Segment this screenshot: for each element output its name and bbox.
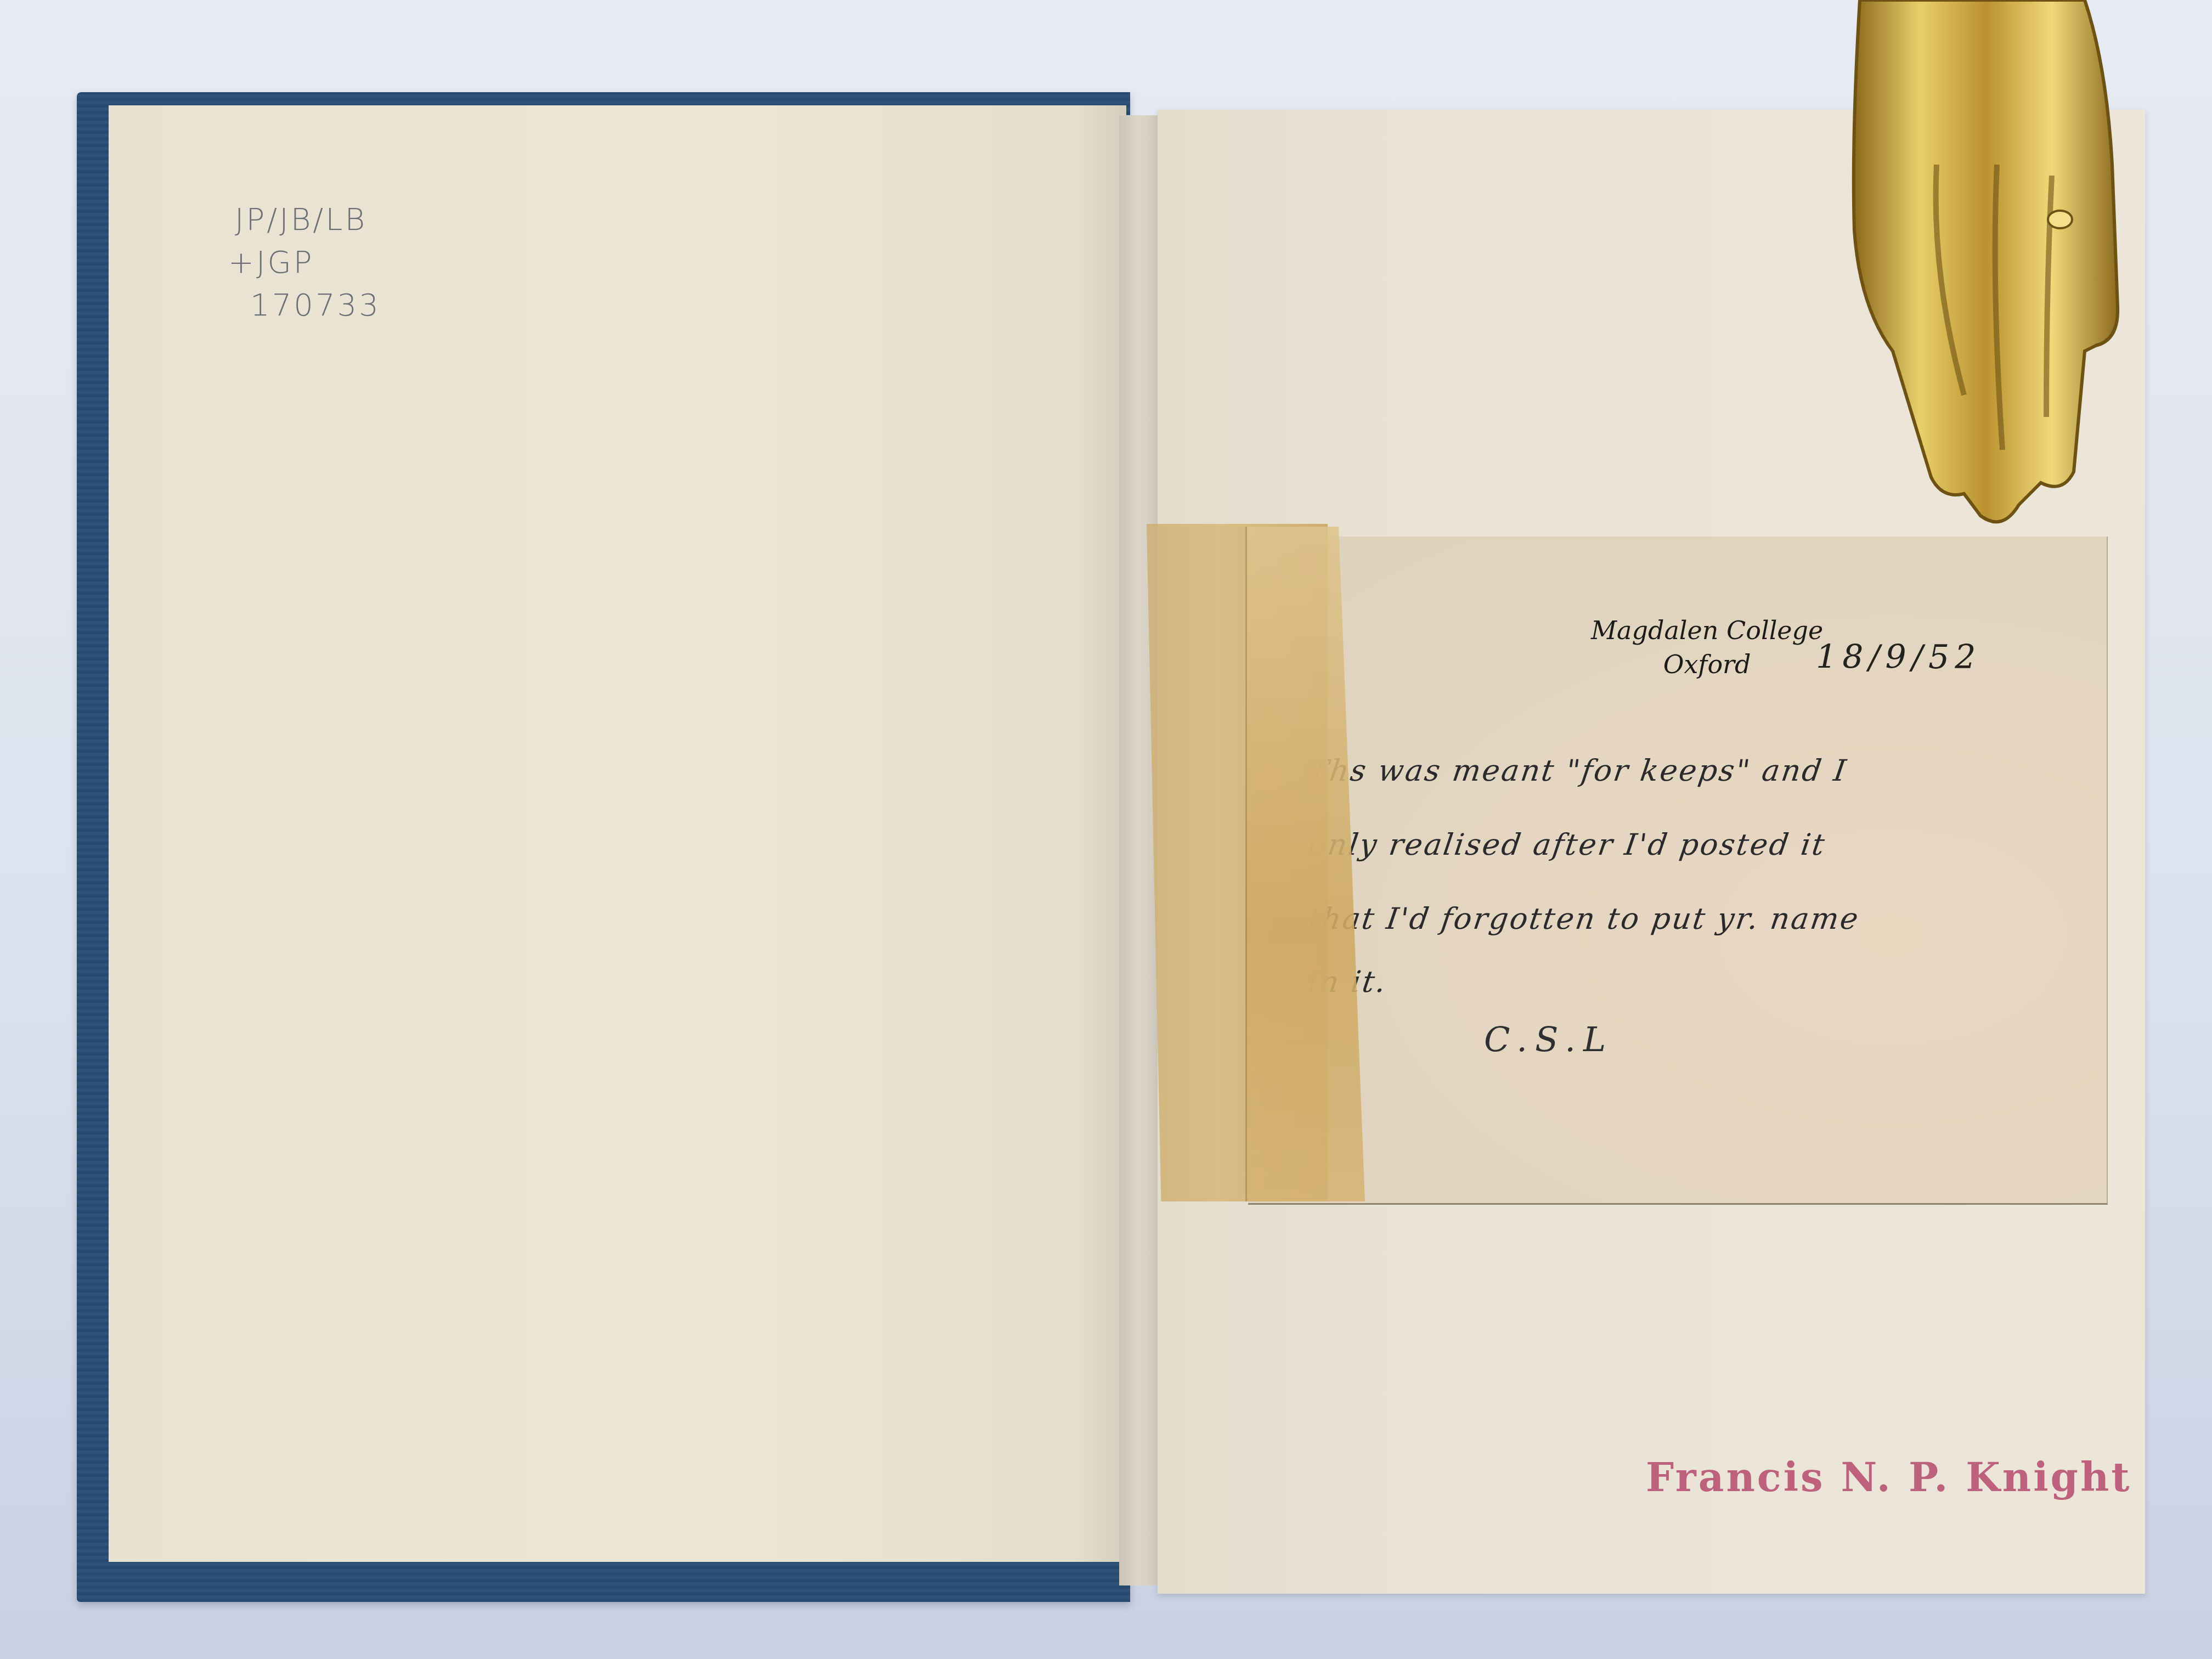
card-date: 18/9/52 — [1816, 638, 1981, 676]
signature: C.S.L — [1484, 1019, 1613, 1059]
pencil-note-line: JP/JB/LB — [235, 199, 381, 241]
owner-name-stamp: Francis N. P. Knight — [1646, 1454, 2132, 1500]
message-line: only realised after I'd posted it — [1306, 827, 1829, 862]
brass-hand-bookmark-icon — [1799, 0, 2129, 538]
tipped-in-card: Magdalen College Oxford 18/9/52 Ths was … — [1248, 537, 2108, 1205]
letterhead-city: Oxford — [1591, 647, 1823, 681]
letterhead-college: Magdalen College — [1591, 613, 1823, 647]
front-pastedown: JP/JB/LB +JGP 170733 — [109, 105, 1126, 1562]
pencil-notes: JP/JB/LB +JGP 170733 — [235, 199, 381, 327]
message-line: Ths was meant "for keeps" and I — [1306, 753, 1850, 788]
pencil-note-line: +JGP — [228, 241, 381, 284]
pencil-note-line: 170733 — [250, 284, 381, 327]
letterhead: Magdalen College Oxford — [1591, 613, 1823, 681]
message-line: that I'd forgotten to put yr. name — [1306, 901, 1862, 936]
